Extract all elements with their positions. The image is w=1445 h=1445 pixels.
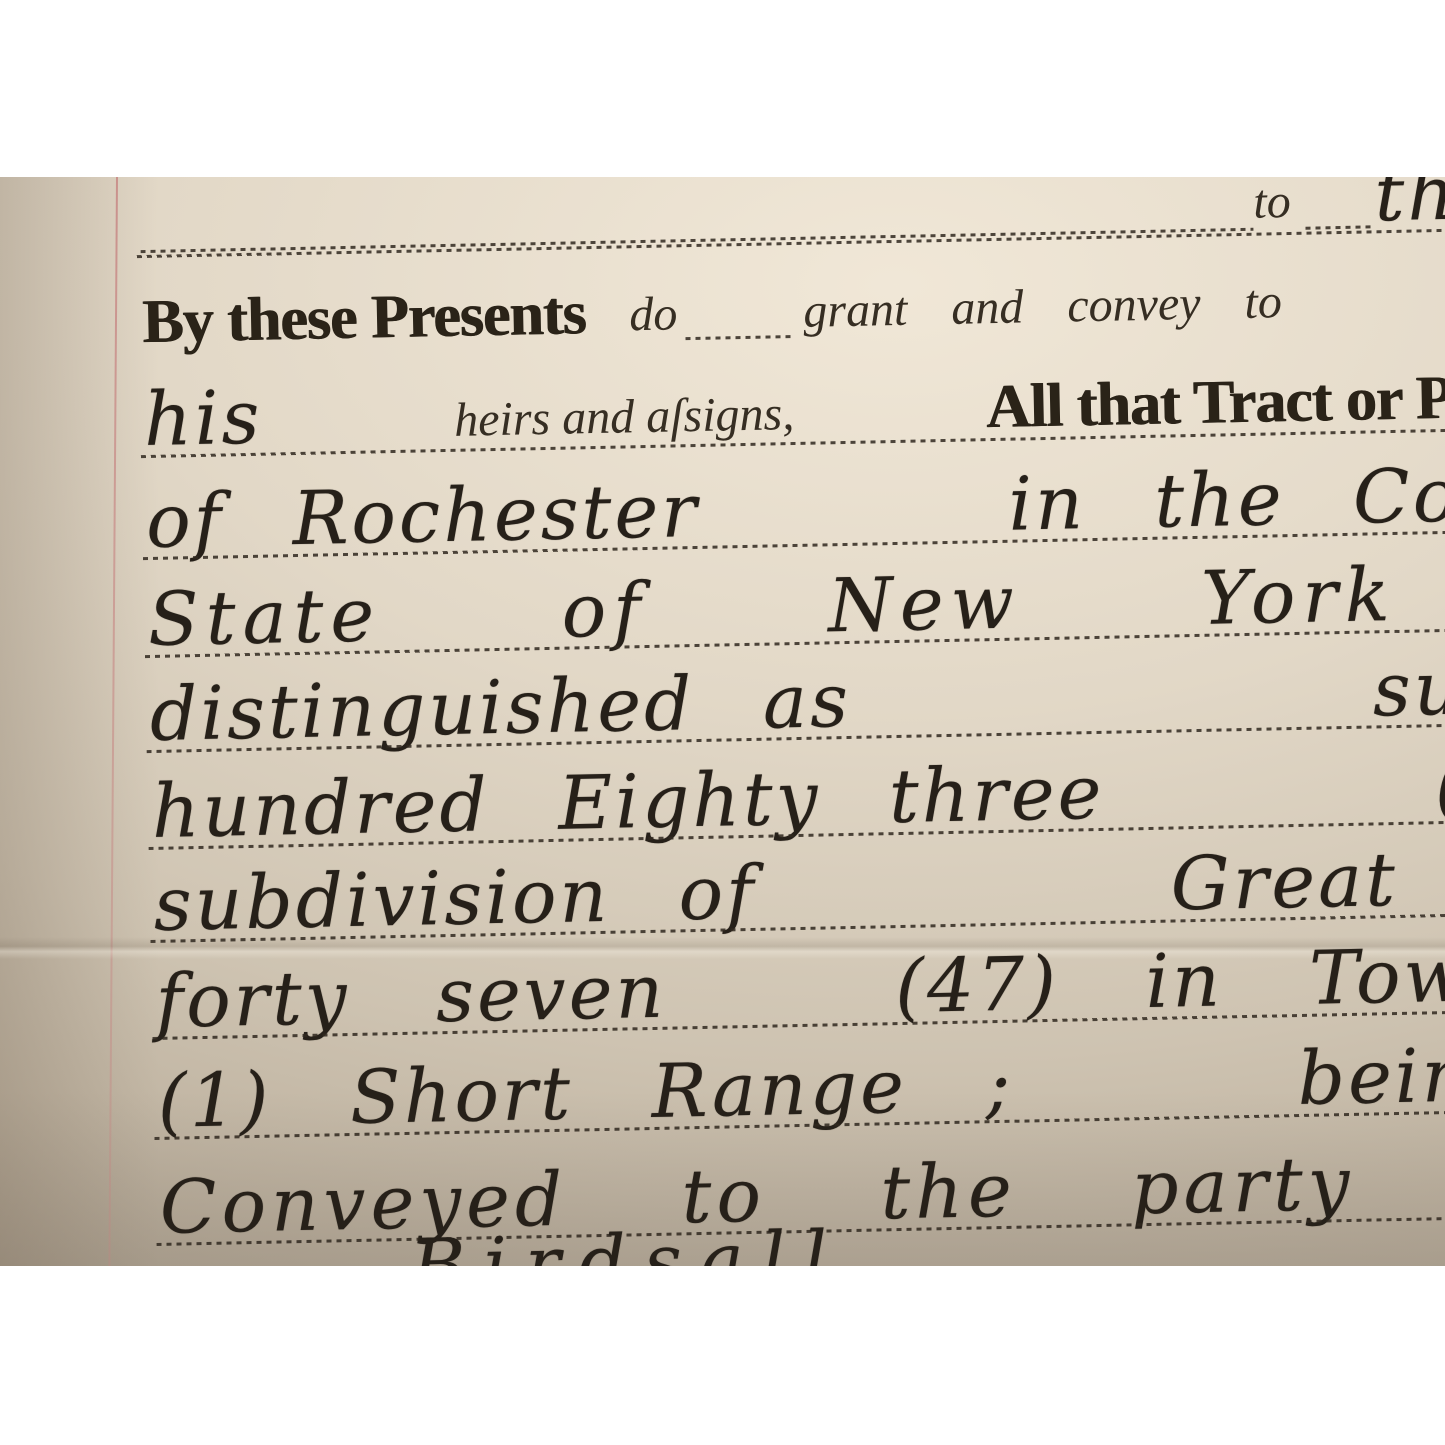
handwritten-forty-seven: forty seven — [155, 956, 667, 1037]
deed-line-to-the: to the — [139, 177, 1445, 255]
dotted-fill — [1305, 225, 1375, 229]
printed-word-do: do — [629, 290, 678, 339]
printed-word-to: to — [1253, 178, 1291, 227]
handwritten-state-of-new-york: State of New York — [147, 560, 1397, 655]
handwritten-subdivision-of: subdivision of — [153, 858, 757, 940]
handwritten-hundred-eighty-three: hundred Eighty three — [151, 758, 1105, 847]
blackletter-by-these-presents: By these Presents — [141, 282, 585, 353]
handwritten-being: being — [1297, 1039, 1445, 1114]
handwritten-one-short-range: (1) Short Range ; — [157, 1049, 1014, 1136]
handwritten-great-lot: Great L — [1170, 842, 1445, 919]
handwritten-of-rochester: of Rochester — [145, 476, 700, 557]
deed-document-photo: to the By these Presents do grant and co… — [0, 177, 1445, 1266]
listing-photo-canvas: to the By these Presents do grant and co… — [0, 0, 1445, 1445]
deed-line-heirs-assigns: his heirs and aſsigns, All that Tract or… — [143, 342, 1445, 455]
handwritten-paren-five: (5 — [1434, 749, 1445, 821]
printed-heirs-and-assigns: heirs and aſsigns, — [454, 390, 795, 445]
deed-line-by-these-presents: By these Presents do grant and convey to — [141, 240, 1445, 353]
deed-line-of-rochester: of Rochester in the Cou — [145, 444, 1445, 557]
handwritten-the: the — [1374, 177, 1445, 230]
dotted-fill — [686, 335, 796, 340]
handwritten-47-in-township: (47) in Town — [894, 939, 1445, 1022]
document-text-layer: to the By these Presents do grant and co… — [0, 177, 1445, 1266]
handwritten-distinguished-as: distinguished as — [149, 666, 851, 750]
blackletter-all-that-tract: All that Tract or Par — [985, 366, 1445, 438]
handwritten-his: his — [143, 382, 263, 455]
handwritten-sub: sub — [1372, 652, 1445, 725]
printed-grant-and-convey-to: grant and convey to — [803, 278, 1282, 336]
handwritten-partial-name: Birdsall — [410, 1223, 846, 1266]
handwritten-in-the-county: in the Cou — [1008, 459, 1445, 539]
